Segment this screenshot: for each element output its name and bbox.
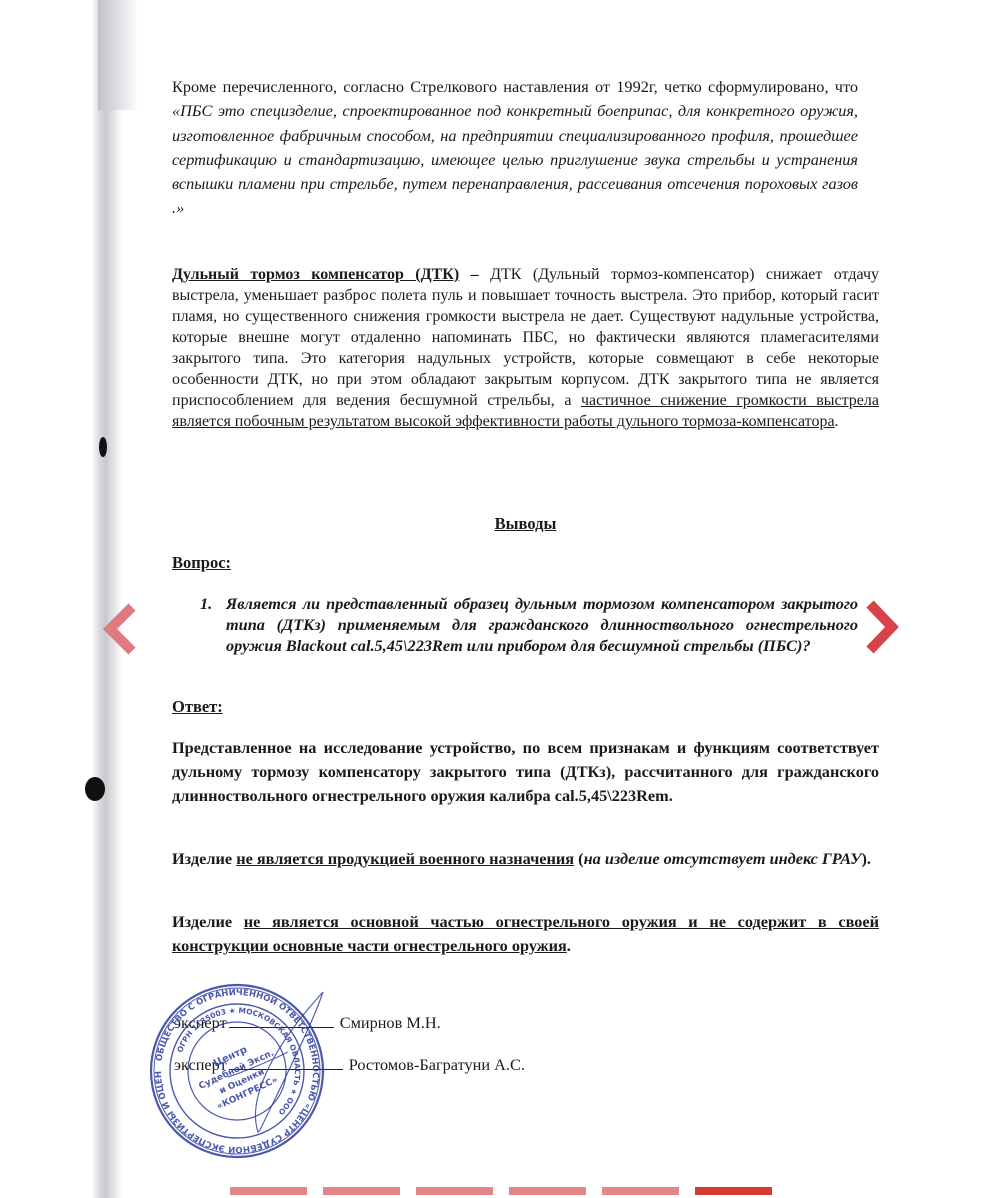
page-corner-shadow [98, 0, 138, 110]
page-indicator-4[interactable] [509, 1187, 586, 1195]
period: . [835, 413, 839, 430]
page-indicator-5[interactable] [602, 1187, 679, 1195]
page-progress-indicator [230, 1187, 772, 1195]
finding-military: Изделие не является продукцией военного … [172, 847, 879, 871]
finding-underlined: не является основной частью огнестрельно… [172, 912, 879, 955]
finding-lead: Изделие [172, 849, 236, 868]
dtk-body: ДТК (Дульный тормоз-компенсатор) снижает… [172, 266, 879, 409]
dash: – [459, 266, 490, 283]
finding-italic-note: на изделие отсутствует индекс ГРАУ [584, 849, 862, 868]
signature-name: Смирнов М.Н. [340, 1013, 441, 1032]
next-page-arrow-icon[interactable] [862, 600, 902, 654]
paragraph-dtk-definition: Дульный тормоз компенсатор (ДТК) – ДТК (… [172, 264, 879, 432]
signature-name: Ростомов-Багратуни А.С. [349, 1055, 525, 1074]
question-text: Является ли представленный образец дульн… [226, 593, 858, 656]
paren-close: ). [861, 849, 871, 868]
page-indicator-1[interactable] [230, 1187, 307, 1195]
question-number: 1. [200, 593, 212, 614]
period: . [567, 936, 571, 955]
page-indicator-2[interactable] [323, 1187, 400, 1195]
pbs-quote: «ПБС это специзделие, спроектированное п… [172, 101, 858, 217]
finding-underlined: не является продукцией военного назначен… [236, 849, 574, 868]
conclusions-heading: Выводы [172, 514, 879, 534]
paragraph-pbs-definition: Кроме перечисленного, согласно Стрелково… [172, 75, 858, 221]
official-stamp: ОБЩЕСТВО С ОГРАНИЧЕННОЙ ОТВЕТСТВЕННОСТЬЮ… [148, 982, 326, 1160]
page-indicator-3[interactable] [416, 1187, 493, 1195]
finding-lead: Изделие [172, 912, 244, 931]
page-gutter-shadow [92, 0, 122, 1198]
prev-page-arrow-icon[interactable] [100, 603, 140, 655]
question-item: 1. Является ли представленный образец ду… [200, 593, 858, 656]
binder-hole-mark [99, 437, 107, 457]
answer-label: Ответ: [172, 697, 223, 717]
dtk-term: Дульный тормоз компенсатор (ДТК) [172, 266, 459, 283]
answer-text: Представленное на исследование устройств… [172, 736, 879, 808]
paragraph-lead: Кроме перечисленного, согласно Стрелково… [172, 77, 858, 96]
page-indicator-6-active[interactable] [695, 1187, 772, 1195]
finding-firearm-part: Изделие не является основной частью огне… [172, 910, 879, 958]
binder-hole-mark [85, 777, 105, 801]
paren-open: ( [574, 849, 584, 868]
question-label: Вопрос: [172, 553, 231, 573]
